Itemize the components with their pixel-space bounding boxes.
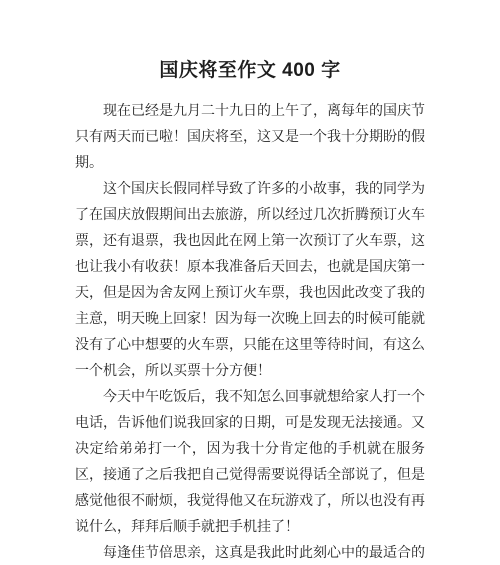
document-title: 国庆将至作文 400 字 bbox=[0, 57, 500, 84]
document-page: 国庆将至作文 400 字 现在已经是九月二十九日的上午了，离每年的国庆节只有两天… bbox=[0, 0, 500, 565]
paragraph-1: 现在已经是九月二十九日的上午了，离每年的国庆节只有两天而已啦！国庆将至，这又是一… bbox=[75, 99, 425, 177]
document-body: 现在已经是九月二十九日的上午了，离每年的国庆节只有两天而已啦！国庆将至，这又是一… bbox=[75, 99, 425, 565]
paragraph-2: 这个国庆长假同样导致了许多的小故事，我的同学为了在国庆放假期间出去旅游，所以经过… bbox=[75, 177, 425, 385]
paragraph-4: 每逢佳节倍思亲，这真是我此时此刻心中的最适合的 bbox=[75, 541, 425, 565]
paragraph-3: 今天中午吃饭后，我不知怎么回事就想给家人打一个电话，告诉他们说我回家的日期，可是… bbox=[75, 385, 425, 541]
